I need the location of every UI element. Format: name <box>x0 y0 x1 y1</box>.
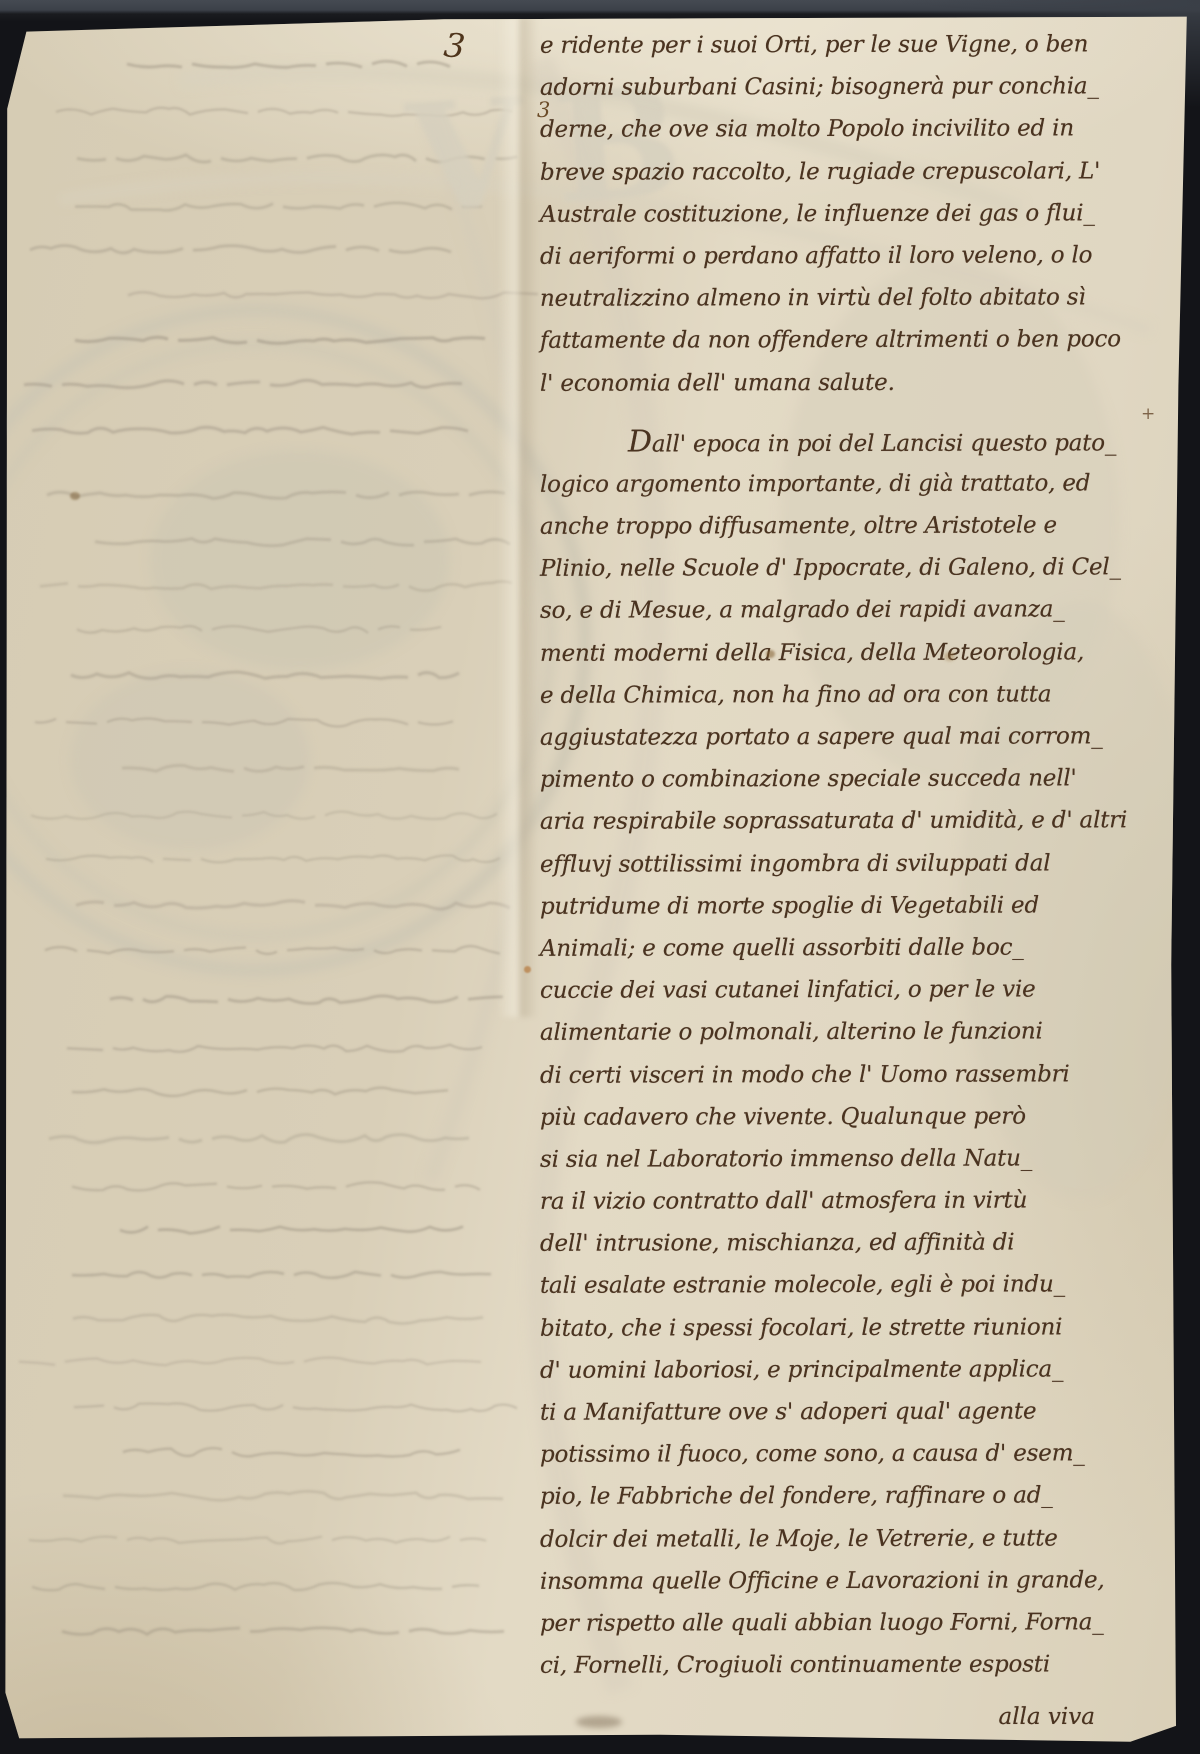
ink-stain <box>766 650 775 658</box>
manuscript-line: Australe costituzione, le influenze dei … <box>540 192 1130 236</box>
manuscript-line: so, e di Mesue, a malgrado dei rapidi av… <box>540 589 1130 633</box>
bleedthrough-line <box>32 427 468 434</box>
bleedthrough-line <box>77 626 441 633</box>
bleedthrough-line <box>63 1491 503 1500</box>
manuscript-line: putridume di morte spoglie di Vegetabili… <box>540 884 1130 928</box>
catchword: alla viva <box>998 1696 1095 1738</box>
manuscript-line: più cadavero che vivente. Qualunque però <box>540 1095 1130 1139</box>
margin-cross-mark: + <box>1141 404 1155 424</box>
bleedthrough-line <box>62 1628 514 1635</box>
bleedthrough-line <box>19 1358 481 1366</box>
manuscript-line: l' economia dell' umana salute. <box>540 361 1130 405</box>
manuscript-line: anche troppo diffusamente, oltre Aristot… <box>540 504 1130 548</box>
manuscript-line: di certi visceri in modo che l' Uomo ras… <box>540 1053 1130 1097</box>
manuscript-line: potissimo il fuoco, come sono, a causa d… <box>540 1432 1130 1476</box>
manuscript-line: si sia nel Laboratorio immenso della Nat… <box>540 1137 1130 1181</box>
manuscript-line: dell' intrusione, mischianza, ed affinit… <box>540 1221 1130 1265</box>
manuscript-line: tali esalate estranie molecole, egli è p… <box>540 1264 1130 1308</box>
manuscript-line: ti a Manifatture ove s' adoperi qual' ag… <box>540 1390 1130 1434</box>
bleedthrough-line <box>75 337 485 343</box>
manuscript-line: fattamente da non offendere altrimenti o… <box>540 319 1130 363</box>
manuscript-line: di aeriformi o perdano affatto il loro v… <box>540 234 1130 278</box>
manuscript-line: menti moderni della Fisica, della Meteor… <box>540 631 1130 675</box>
bleedthrough-line <box>24 380 462 387</box>
manuscript-line: Plinio, nelle Scuole d' Ippocrate, di Ga… <box>540 546 1130 590</box>
manuscript-line: d' uomini laboriosi, e principalmente ap… <box>540 1348 1130 1392</box>
bleedthrough-line <box>76 901 510 909</box>
manuscript-line: alimentarie o polmonali, alterino le fun… <box>540 1011 1130 1055</box>
bleedthrough-line <box>45 946 500 954</box>
manuscript-line: aria respirabile soprassaturata d' umidi… <box>540 800 1130 844</box>
manuscript-line: pio, le Fabbriche del fondere, raffinare… <box>540 1475 1130 1519</box>
manuscript-line: e della Chimica, non ha fino ad ora con … <box>540 673 1130 717</box>
manuscript-line: insomma quelle Officine e Lavorazioni in… <box>540 1559 1130 1603</box>
bleedthrough-line <box>67 1045 482 1052</box>
manuscript-text-column: e ridente per i suoi Orti, per le sue Vi… <box>540 24 1130 1686</box>
bleedthrough-line <box>46 855 500 862</box>
bleedthrough-line <box>72 1272 491 1278</box>
manuscript-line: ra il vizio contratto dall' atmosfera in… <box>540 1179 1130 1223</box>
manuscript-line: effluvj sottilissimi ingombra di svilupp… <box>540 842 1130 886</box>
bleedthrough-line <box>32 1583 479 1590</box>
bleedthrough-line <box>123 1448 460 1456</box>
manuscript-line: derne, che ove sia molto Popolo incivili… <box>540 108 1130 152</box>
manuscript-line: logico argomento importante, di già trat… <box>540 462 1130 506</box>
manuscript-paragraph: Dall' epoca in poi del Lancisi questo pa… <box>540 421 1130 1687</box>
bleedthrough-line <box>128 292 538 298</box>
manuscript-line: dolcir dei metalli, le Moje, le Vetrerie… <box>540 1517 1130 1561</box>
manuscript-line: per rispetto alle quali abbian luogo For… <box>540 1601 1130 1645</box>
bleedthrough-line <box>35 718 453 726</box>
bleedthrough-line <box>95 539 510 546</box>
ink-stain <box>70 492 80 500</box>
bleedthrough-line <box>47 492 505 499</box>
bleedthrough-line <box>49 1134 479 1142</box>
manuscript-line: bitato, che i spessi focolari, le strett… <box>540 1306 1130 1350</box>
manuscript-line: Animali; e come quelli assorbiti dalle b… <box>540 926 1130 970</box>
manuscript-line: pimento o combinazione speciale succeda … <box>540 757 1130 801</box>
bleedthrough-line <box>31 812 507 819</box>
manuscript-paragraph: e ridente per i suoi Orti, per le sue Vi… <box>540 24 1130 404</box>
bleedthrough-line <box>71 672 459 678</box>
bleedthrough-line <box>122 765 469 771</box>
bleedthrough-line <box>30 246 461 253</box>
bleedthrough-line <box>74 1403 517 1411</box>
bleedthrough-line <box>72 1088 458 1096</box>
manuscript-page: VB 3 3 + e ridente per i suoi Orti, per … <box>0 0 1200 1754</box>
bleedthrough-line <box>73 1315 483 1324</box>
manuscript-line: e ridente per i suoi Orti, per le sue Vi… <box>540 23 1130 67</box>
bleedthrough-line <box>29 1537 486 1544</box>
bleedthrough-line <box>72 1182 480 1190</box>
manuscript-line: cuccie dei vasi cutanei linfatici, o per… <box>540 968 1130 1012</box>
gutter-crease <box>498 17 538 1017</box>
manuscript-line: breve spazio raccolto, le rugiade crepus… <box>540 150 1130 194</box>
bleedthrough-line <box>127 61 460 67</box>
folio-number: 3 <box>442 25 467 66</box>
bleedthrough-line <box>120 1227 463 1234</box>
ink-stain <box>576 1716 622 1728</box>
bleedthrough-script-lines <box>19 61 538 1634</box>
manuscript-line: neutralizzino almeno in virtù del folto … <box>540 276 1130 320</box>
manuscript-line: ci, Fornelli, Crogiuoli continuamente es… <box>540 1643 1130 1687</box>
ink-stain <box>944 652 955 661</box>
ink-stain <box>524 966 531 973</box>
manuscript-line: aggiustatezza portato a sapere qual mai … <box>540 715 1130 759</box>
bleedthrough-line <box>40 581 512 590</box>
manuscript-line: Dall' epoca in poi del Lancisi questo pa… <box>540 420 1130 464</box>
manuscript-line: adorni suburbani Casini; bisognerà pur c… <box>540 65 1130 109</box>
bleedthrough-line <box>110 996 503 1004</box>
scan-background: VB 3 3 + e ridente per i suoi Orti, per … <box>0 0 1200 1754</box>
